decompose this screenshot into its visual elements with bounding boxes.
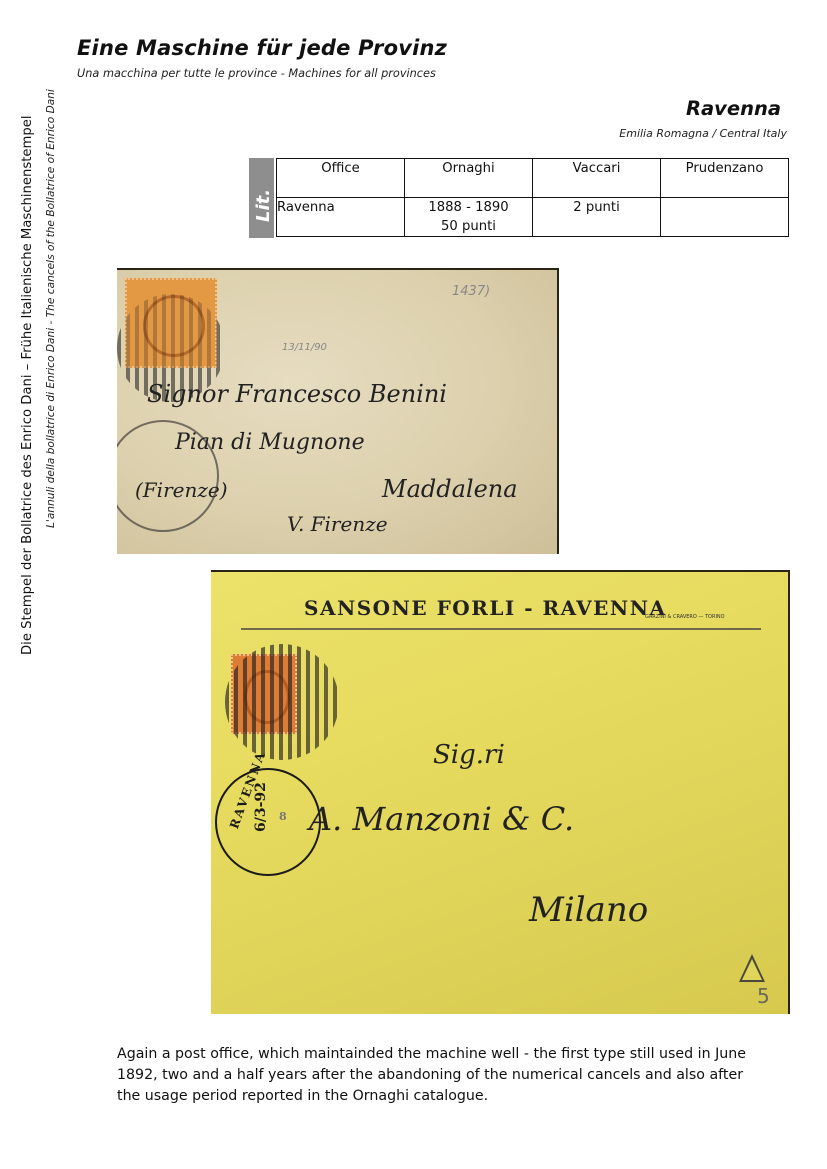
table-header-row: Office Ornaghi Vaccari Prudenzano	[277, 159, 789, 198]
cell-vaccari: 2 punti	[533, 198, 661, 237]
col-header-ornaghi: Ornaghi	[405, 159, 533, 198]
address-line-2: A. Manzoni & C.	[309, 800, 574, 838]
address-line-5: V. Firenze	[287, 512, 388, 536]
printer-imprint: GARZINI & CRAVERO — TORINO	[645, 614, 725, 620]
cell-ornaghi: 1888 - 1890 50 punti	[405, 198, 533, 237]
region-label: Emilia Romagna / Central Italy	[619, 127, 787, 140]
col-header-vaccari: Vaccari	[533, 159, 661, 198]
cell-ornaghi-points: 50 punti	[405, 217, 532, 236]
letterhead: SANSONE FORLI - RAVENNA	[304, 596, 667, 620]
pencil-note-date: 13/11/90	[282, 342, 327, 353]
pencil-note-number: 1437)	[452, 284, 490, 299]
address-line-1: Signor Francesco Benini	[147, 380, 447, 408]
pencil-triangle-mark	[739, 954, 765, 982]
side-main-title: Die Stempel der Bollatrice des Enrico Da…	[20, 115, 35, 655]
cell-ornaghi-period: 1888 - 1890	[405, 198, 532, 217]
table-row: Ravenna 1888 - 1890 50 punti 2 punti	[277, 198, 789, 237]
literature-table: Office Ornaghi Vaccari Prudenzano Ravenn…	[276, 158, 789, 237]
page-subtitle: Una macchina per tutte le province - Mac…	[77, 67, 436, 80]
address-line-3: (Firenze)	[135, 478, 228, 502]
numeral-bars-cancel	[225, 644, 339, 760]
col-header-office: Office	[277, 159, 405, 198]
side-sub-title: L'annuli della bollatrice di Enrico Dani…	[45, 89, 57, 528]
address-line-4: Maddalena	[382, 475, 518, 503]
pencil-number-mark: 5	[757, 984, 770, 1008]
cover-2-image: SANSONE FORLI - RAVENNA GARZINI & CRAVER…	[211, 570, 790, 1014]
caption-text: Again a post office, which maintainded t…	[117, 1044, 757, 1107]
cds-date: 6/3-92	[253, 782, 269, 832]
cell-prudenzano	[661, 198, 789, 237]
cds-time: 8	[279, 810, 287, 823]
col-header-prudenzano: Prudenzano	[661, 159, 789, 198]
side-title-block: Die Stempel der Bollatrice des Enrico Da…	[0, 0, 80, 680]
place-heading: Ravenna	[686, 97, 781, 120]
cds-postmark: RAVENNA 6/3-92 8	[215, 768, 321, 876]
cell-office: Ravenna	[277, 198, 405, 237]
address-line-3: Milano	[529, 890, 648, 930]
letterhead-rule	[241, 628, 761, 630]
literature-tab: Lit.	[249, 158, 274, 238]
literature-tab-label: Lit.	[253, 189, 274, 222]
cover-1-image: 1437) 13/11/90 Signor Francesco Benini P…	[117, 268, 559, 554]
address-line-1: Sig.ri	[433, 740, 505, 770]
address-line-2: Pian di Mugnone	[175, 430, 365, 455]
page-title: Eine Maschine für jede Provinz	[77, 36, 447, 60]
